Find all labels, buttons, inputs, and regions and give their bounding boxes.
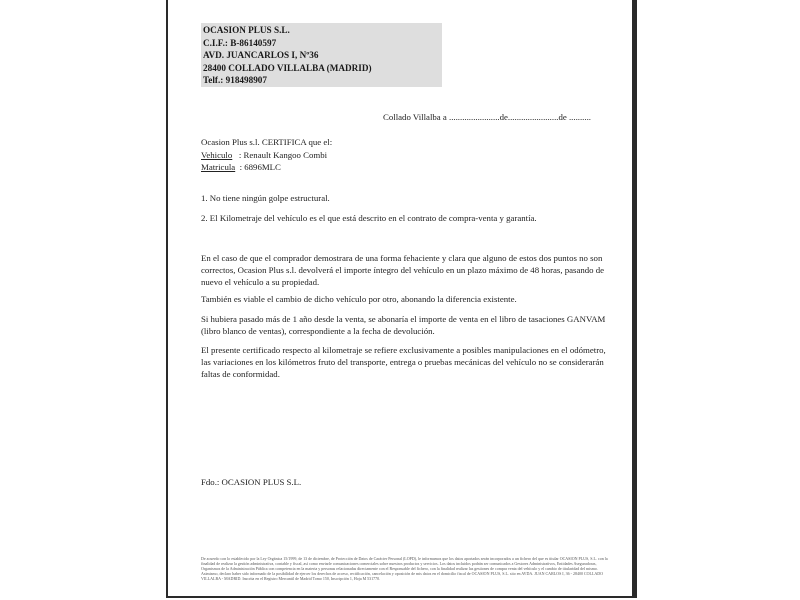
point-1: 1. No tiene ningún golpe estructural. — [201, 192, 611, 204]
plate-row: Matricula : 6896MLC — [201, 161, 332, 174]
legal-footer: De acuerdo con lo establecido por la Ley… — [201, 556, 611, 581]
paragraph-refund: En el caso de que el comprador demostrar… — [201, 252, 611, 288]
company-address: AVD. JUANCARLOS I, Nº36 — [203, 49, 442, 62]
company-phone: Telf.: 918498907 — [203, 74, 442, 87]
company-city: 28400 COLLADO VILLALBA (MADRID) — [203, 62, 442, 75]
vehicle-value: : Renault Kangoo Combi — [232, 150, 327, 160]
company-cif: C.I.F.: B-86140597 — [203, 37, 442, 50]
plate-value: : 6896MLC — [235, 162, 281, 172]
company-header: OCASION PLUS S.L. C.I.F.: B-86140597 AVD… — [201, 23, 442, 87]
company-name: OCASION PLUS S.L. — [203, 24, 442, 37]
plate-label: Matricula — [201, 162, 235, 172]
vehicle-label: Vehiculo — [201, 150, 232, 160]
document-page: OCASION PLUS S.L. C.I.F.: B-86140597 AVD… — [166, 0, 637, 598]
date-line: Collado Villalba a .....................… — [383, 112, 591, 122]
vehicle-row: Vehiculo : Renault Kangoo Combi — [201, 149, 332, 162]
paragraph-ganvam: Si hubiera pasado más de 1 año desde la … — [201, 313, 611, 337]
certification-block: Ocasion Plus s.l. CERTIFICA que el: Vehi… — [201, 136, 332, 174]
paragraph-exchange: También es viable el cambio de dicho veh… — [201, 293, 611, 305]
paragraph-odometer: El presente certificado respecto al kilo… — [201, 344, 611, 380]
certification-intro: Ocasion Plus s.l. CERTIFICA que el: — [201, 136, 332, 149]
point-2: 2. El Kilometraje del vehículo es el que… — [201, 212, 611, 224]
signature: Fdo.: OCASION PLUS S.L. — [201, 476, 611, 488]
